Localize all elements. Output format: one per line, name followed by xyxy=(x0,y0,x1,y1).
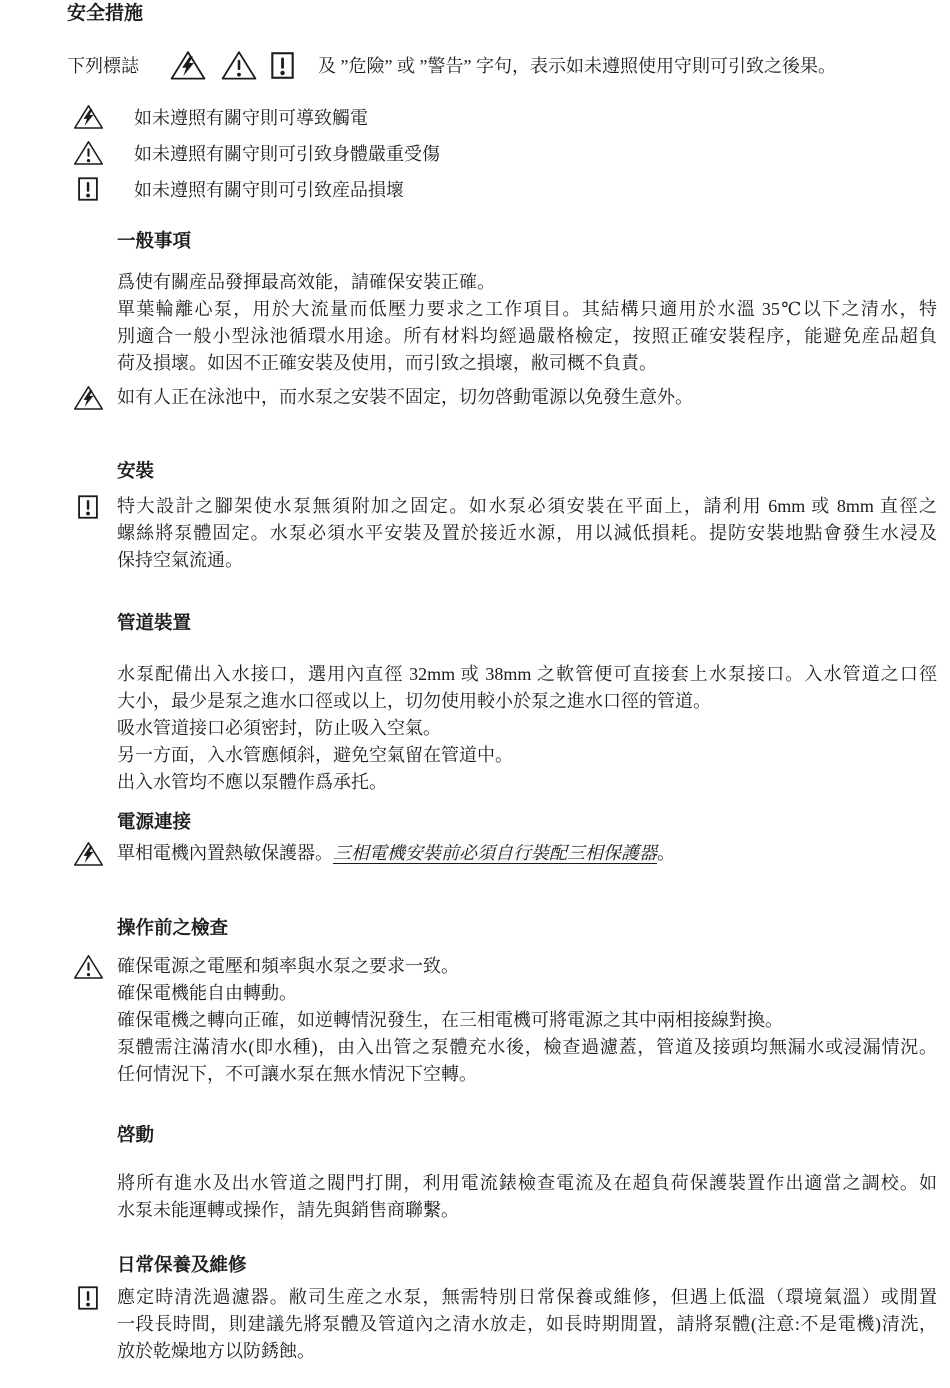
block-text: 爲使有關産品發揮最高效能，請確保安裝正確。單葉輪離心泵，用於大流量而低壓力要求之… xyxy=(117,269,937,377)
text-line: 大小，最少是泵之進水口徑或以上，切勿使用較小於泵之進水口徑的管道。 xyxy=(117,688,937,715)
electric-shock-icon xyxy=(169,50,207,81)
text-line: 確保電機能自由轉動。 xyxy=(117,980,937,1007)
page-title: 安全措施 xyxy=(67,3,143,25)
text-line: 泵體需注滿清水(即水種)，由入出管之泵體充水後，檢查過濾蓋，管道及接頭均無漏水或… xyxy=(117,1034,937,1061)
product-damage-icon xyxy=(78,495,98,519)
block-text: 水泵配備出入水接口，選用內直徑 32mm 或 38mm 之軟管便可直接套上水泵接… xyxy=(117,661,937,796)
warning-icon xyxy=(220,50,258,81)
legend-item-text: 如未遵照有關守則可導致觸電 xyxy=(134,104,368,130)
text-block: 單相電機內置熱敏保護器。三相電機安裝前必須自行裝配三相保護器。 xyxy=(71,840,937,867)
product-damage-icon xyxy=(271,52,294,79)
text-line: 確保電機之轉向正確，如逆轉情況發生，在三相電機可將電源之其中兩相接線對換。 xyxy=(117,1007,937,1034)
text-line: 出入水管均不應以泵體作爲承托。 xyxy=(117,769,937,796)
block-hazard-icon xyxy=(71,1286,105,1310)
text-line: 水泵配備出入水接口，選用內直徑 32mm 或 38mm 之軟管便可直接套上水泵接… xyxy=(117,661,937,688)
text-line: 放於乾燥地方以防銹蝕。 xyxy=(117,1338,937,1365)
product-damage-icon xyxy=(78,177,98,201)
block-text: 應定時清洗過濾器。敝司生産之水泵，無需特別日常保養或維修，但遇上低溫（環境氣溫）… xyxy=(117,1284,937,1365)
warning-icon xyxy=(73,954,104,980)
block-text: 確保電源之電壓和頻率與水泵之要求一致。確保電機能自由轉動。確保電機之轉向正確，如… xyxy=(117,953,937,1088)
text-block: 將所有進水及出水管道之閥門打開，利用電流錶檢查電流及在超負荷保護裝置作出適當之調… xyxy=(71,1170,937,1224)
legend-intro-prefix: 下列標誌 xyxy=(67,52,139,78)
text-line: 任何情況下，不可讓水泵在無水情況下空轉。 xyxy=(117,1061,937,1088)
text-line: 螺絲將泵體固定。水泵必須水平安裝及置於接近水源，用以減低損耗。提防安裝地點會發生… xyxy=(117,520,937,547)
hazard-legend-list: 如未遵照有關守則可導致觸電 如未遵照有關守則可引致身體嚴重受傷 如未遵照有關守則… xyxy=(72,99,440,207)
section-heading: 管道裝置 xyxy=(117,613,191,635)
text-line: 水泵未能運轉或操作，請先與銷售商聯繫。 xyxy=(117,1197,937,1224)
text-line: 另一方面，入水管應傾斜，避免空氣留在管道中。 xyxy=(117,742,937,769)
text-line: 單相電機內置熱敏保護器。三相電機安裝前必須自行裝配三相保護器。 xyxy=(117,840,937,867)
block-hazard-icon xyxy=(71,841,105,867)
text-segment: 。 xyxy=(657,843,675,863)
text-block: 如有人正在泳池中，而水泵之安裝不固定，切勿啓動電源以免發生意外。 xyxy=(71,384,937,411)
warning-icon xyxy=(73,140,104,166)
legend-intro-icons xyxy=(169,50,294,81)
text-block: 應定時清洗過濾器。敝司生産之水泵，無需特別日常保養或維修，但遇上低溫（環境氣溫）… xyxy=(71,1284,937,1365)
legend-item-text: 如未遵照有關守則可引致身體嚴重受傷 xyxy=(134,140,440,166)
text-line: 保持空氣流通。 xyxy=(117,547,937,574)
block-hazard-icon xyxy=(71,954,105,980)
text-block: 爲使有關産品發揮最高效能，請確保安裝正確。單葉輪離心泵，用於大流量而低壓力要求之… xyxy=(71,269,937,377)
legend-item-icon xyxy=(72,177,104,201)
block-text: 如有人正在泳池中，而水泵之安裝不固定，切勿啓動電源以免發生意外。 xyxy=(117,384,937,411)
text-segment: 單相電機內置熱敏保護器。 xyxy=(117,843,333,863)
text-line: 吸水管道接口必須密封，防止吸入空氣。 xyxy=(117,715,937,742)
section-heading: 啓動 xyxy=(117,1125,154,1147)
safety-instructions-page: 安全措施 下列標誌 及 ”危險” 或 ”警告” 字句，表示如未遵照使用守則可引致… xyxy=(0,0,950,1388)
legend-item-text: 如未遵照有關守則可引致産品損壞 xyxy=(134,176,404,202)
legend-item: 如未遵照有關守則可引致身體嚴重受傷 xyxy=(72,135,440,171)
text-block: 確保電源之電壓和頻率與水泵之要求一致。確保電機能自由轉動。確保電機之轉向正確，如… xyxy=(71,953,937,1088)
emphasized-text: 三相電機安裝前必須自行裝配三相保護器 xyxy=(333,843,657,863)
electric-shock-icon xyxy=(73,104,104,130)
hazard-legend-intro: 下列標誌 及 ”危險” 或 ”警告” 字句，表示如未遵照使用守則可引致之後果。 xyxy=(67,46,836,84)
legend-item: 如未遵照有關守則可導致觸電 xyxy=(72,99,440,135)
legend-item: 如未遵照有關守則可引致産品損壞 xyxy=(72,171,440,207)
text-line: 爲使有關産品發揮最高效能，請確保安裝正確。 xyxy=(117,269,937,296)
text-line: 別適合一般小型泳池循環水用途。所有材料均經過嚴格檢定，按照正確安裝程序，能避免産… xyxy=(117,323,937,350)
section-heading: 一般事項 xyxy=(117,231,191,253)
legend-item-icon xyxy=(72,104,104,130)
product-damage-icon xyxy=(78,1286,98,1310)
section-heading: 安裝 xyxy=(117,461,154,483)
section-heading: 日常保養及維修 xyxy=(117,1255,247,1277)
legend-item-icon xyxy=(72,140,104,166)
text-line: 確保電源之電壓和頻率與水泵之要求一致。 xyxy=(117,953,937,980)
section-heading: 操作前之檢查 xyxy=(117,918,228,940)
electric-shock-icon xyxy=(73,385,104,411)
text-line: 如有人正在泳池中，而水泵之安裝不固定，切勿啓動電源以免發生意外。 xyxy=(117,384,937,411)
electric-shock-icon xyxy=(73,841,104,867)
block-text: 單相電機內置熱敏保護器。三相電機安裝前必須自行裝配三相保護器。 xyxy=(117,840,937,867)
section-heading: 電源連接 xyxy=(117,812,191,834)
block-text: 特大設計之腳架使水泵無須附加之固定。如水泵必須安裝在平面上，請利用 6mm 或 … xyxy=(117,493,937,574)
block-hazard-icon xyxy=(71,385,105,411)
legend-intro-suffix: 及 ”危險” 或 ”警告” 字句，表示如未遵照使用守則可引致之後果。 xyxy=(318,52,836,78)
text-block: 特大設計之腳架使水泵無須附加之固定。如水泵必須安裝在平面上，請利用 6mm 或 … xyxy=(71,493,937,574)
text-line: 荷及損壞。如因不正確安裝及使用，而引致之損壞，敝司概不負責。 xyxy=(117,350,937,377)
block-text: 將所有進水及出水管道之閥門打開，利用電流錶檢查電流及在超負荷保護裝置作出適當之調… xyxy=(117,1170,937,1224)
block-hazard-icon xyxy=(71,495,105,519)
text-line: 單葉輪離心泵，用於大流量而低壓力要求之工作項目。其結構只適用於水溫 35℃以下之… xyxy=(117,296,937,323)
text-line: 一段長時間，則建議先將泵體及管道內之清水放走，如長時期閒置，請將泵體(注意:不是… xyxy=(117,1311,937,1338)
text-block: 水泵配備出入水接口，選用內直徑 32mm 或 38mm 之軟管便可直接套上水泵接… xyxy=(71,661,937,796)
text-line: 應定時清洗過濾器。敝司生産之水泵，無需特別日常保養或維修，但遇上低溫（環境氣溫）… xyxy=(117,1284,937,1311)
text-line: 特大設計之腳架使水泵無須附加之固定。如水泵必須安裝在平面上，請利用 6mm 或 … xyxy=(117,493,937,520)
text-line: 將所有進水及出水管道之閥門打開，利用電流錶檢查電流及在超負荷保護裝置作出適當之調… xyxy=(117,1170,937,1197)
